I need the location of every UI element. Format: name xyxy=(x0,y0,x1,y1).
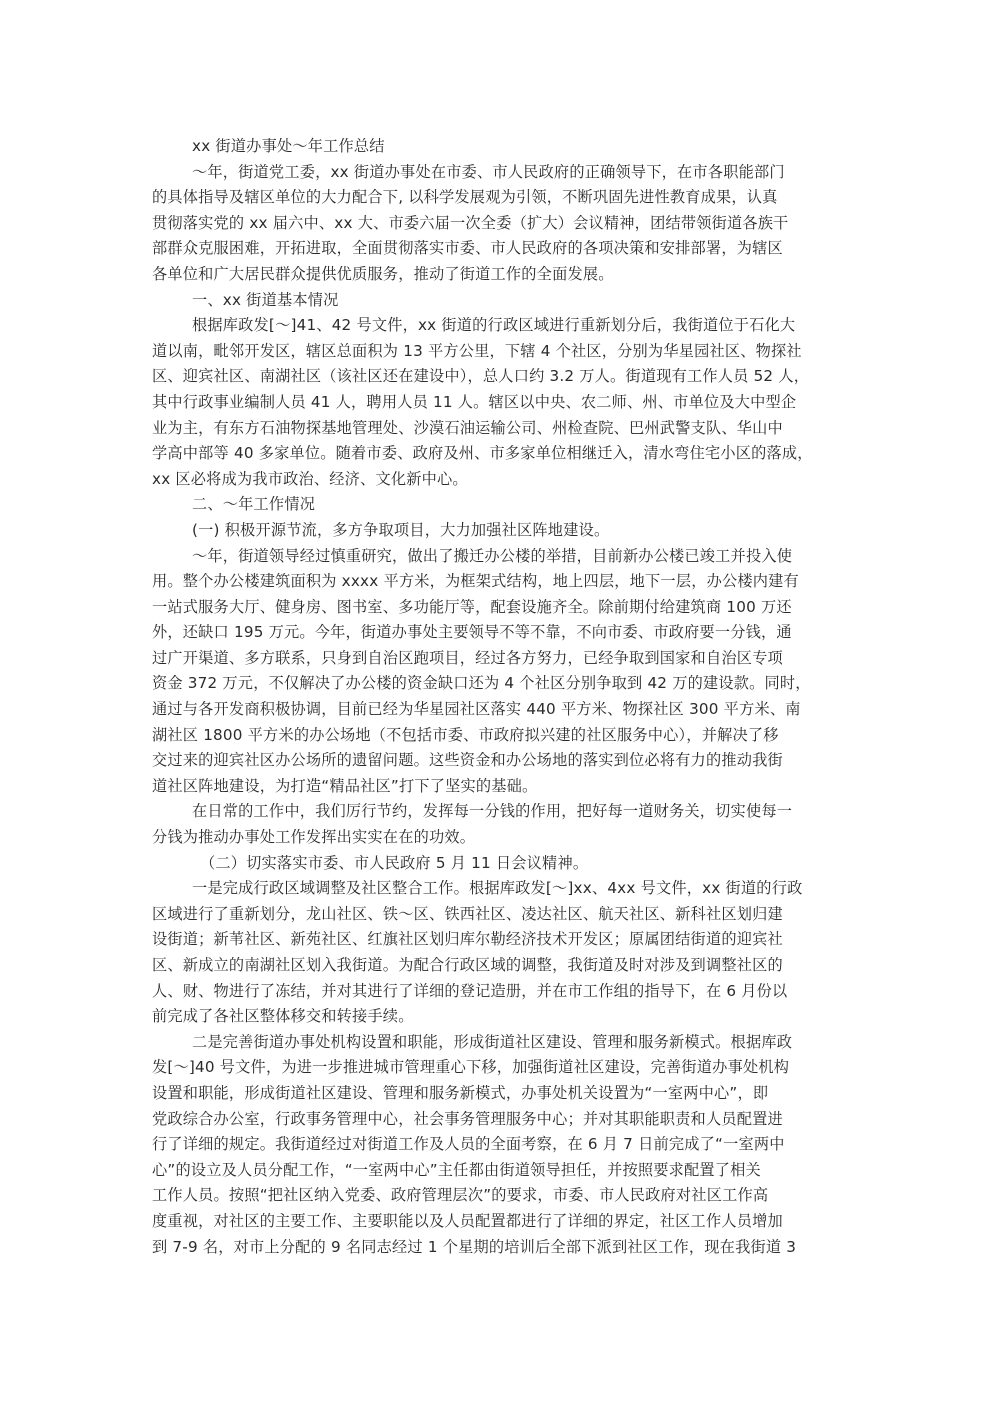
paragraph-basic-info: 根据库政发[～]41、42 号文件，xx 街道的行政区域进行重新划分后，我街道位… xyxy=(152,313,864,492)
text-line: 人、财、物进行了冻结，并对其进行了详细的登记造册，并在市工作组的指导下，在 6 … xyxy=(152,979,864,1005)
document-page: xx 街道办事处～年工作总结 ～年，街道党工委，xx 街道办事处在市委、市人民政… xyxy=(152,134,864,1260)
text-line: 区、新成立的南湖社区划入我街道。为配合行政区域的调整，我街道及时对涉及到调整社区… xyxy=(152,953,864,979)
text-line: 二是完善街道办事处机构设置和职能，形成街道社区建设、管理和服务新模式。根据库政 xyxy=(152,1030,864,1056)
text-line: 发[～]40 号文件，为进一步推进城市管理重心下移，加强街道社区建设，完善街道办… xyxy=(152,1055,864,1081)
text-line: xx 区必将成为我市政治、经济、文化新中心。 xyxy=(152,467,864,493)
paragraph-frugality: 在日常的工作中，我们厉行节约，发挥每一分钱的作用，把好每一道财务关，切实使每一 … xyxy=(152,799,864,850)
section-heading-basic-info: 一、xx 街道基本情况 xyxy=(152,288,864,314)
text-line: 行了详细的规定。我街道经过对街道工作及人员的全面考察，在 6 月 7 日前完成了… xyxy=(152,1132,864,1158)
text-line: 根据库政发[～]41、42 号文件，xx 街道的行政区域进行重新划分后，我街道位… xyxy=(152,313,864,339)
text-line: 用。整个办公楼建筑面积为 xxxx 平方米，为框架式结构，地上四层，地下一层，办… xyxy=(152,569,864,595)
text-line: 过广开渠道、多方联系，只身到自治区跑项目，经过各方努力，已经争取到国家和自治区专… xyxy=(152,646,864,672)
text-line: 道以南，毗邻开发区，辖区总面积为 13 平方公里，下辖 4 个社区，分别为华星园… xyxy=(152,339,864,365)
text-line: 学高中部等 40 多家单位。随着市委、政府及州、市多家单位相继迁入，清水弯住宅小… xyxy=(152,441,864,467)
paragraph-intro: ～年，街道党工委，xx 街道办事处在市委、市人民政府的正确领导下，在市各职能部门… xyxy=(152,160,864,288)
text-line: 设街道；新苇社区、新苑社区、红旗社区划归库尔勒经济技术开发区；原属团结街道的迎宾… xyxy=(152,927,864,953)
text-line: 其中行政事业编制人员 41 人，聘用人员 11 人。辖区以中央、农二师、州、市单… xyxy=(152,390,864,416)
text-line: ～年，街道领导经过慎重研究，做出了搬迁办公楼的举措，目前新办公楼已竣工并投入使 xyxy=(152,544,864,570)
text-line: 业为主，有东方石油物探基地管理处、沙漠石油运输公司、州检查院、巴州武警支队、华山… xyxy=(152,416,864,442)
text-line: 区、迎宾社区、南湖社区（该社区还在建设中），总人口约 3.2 万人。街道现有工作… xyxy=(152,364,864,390)
text-line: 分钱为推动办事处工作发挥出实实在在的功效。 xyxy=(152,825,864,851)
paragraph-region-adjustment: 一是完成行政区域调整及社区整合工作。根据库政发[～]xx、4xx 号文件，xx … xyxy=(152,876,864,1030)
text-line: 贯彻落实党的 xx 届六中、xx 大、市委六届一次全委（扩大）会议精神，团结带领… xyxy=(152,211,864,237)
text-line: 的具体指导及辖区单位的大力配合下, 以科学发展观为引领，不断巩固先进性教育成果，… xyxy=(152,185,864,211)
text-line: 一站式服务大厅、健身房、图书室、多功能厅等，配套设施齐全。除前期付给建筑商 10… xyxy=(152,595,864,621)
text-line: 区域进行了重新划分，龙山社区、铁～区、铁西社区、凌达社区、航天社区、新科社区划归… xyxy=(152,902,864,928)
subsection-heading-1: (一) 积极开源节流，多方争取项目，大力加强社区阵地建设。 xyxy=(152,518,864,544)
text-line: 度重视，对社区的主要工作、主要职能以及人员配置都进行了详细的界定，社区工作人员增… xyxy=(152,1209,864,1235)
subsection-heading-2: （二）切实落实市委、市人民政府 5 月 11 日会议精神。 xyxy=(152,851,864,877)
text-line: 通过与各开发商积极协调，目前已经为华星园社区落实 440 平方米、物探社区 30… xyxy=(152,697,864,723)
section-heading-work-status: 二、～年工作情况 xyxy=(152,492,864,518)
text-line: 交过来的迎宾社区办公场所的遗留问题。这些资金和办公场地的落实到位必将有力的推动我… xyxy=(152,748,864,774)
text-line: 党政综合办公室，行政事务管理中心，社会事务管理服务中心；并对其职能职责和人员配置… xyxy=(152,1107,864,1133)
text-line: 部群众克服困难，开拓进取，全面贯彻落实市委、市人民政府的各项决策和安排部署，为辖… xyxy=(152,236,864,262)
text-line: 各单位和广大居民群众提供优质服务，推动了街道工作的全面发展。 xyxy=(152,262,864,288)
text-line: 工作人员。按照“把社区纳入党委、政府管理层次”的要求，市委、市人民政府对社区工作… xyxy=(152,1183,864,1209)
text-line: 一是完成行政区域调整及社区整合工作。根据库政发[～]xx、4xx 号文件，xx … xyxy=(152,876,864,902)
text-line: 道社区阵地建设，为打造“精品社区”打下了坚实的基础。 xyxy=(152,774,864,800)
text-line: 到 7-9 名，对市上分配的 9 名同志经过 1 个星期的培训后全部下派到社区工… xyxy=(152,1235,864,1261)
text-line: 外，还缺口 195 万元。今年，街道办事处主要领导不等不靠，不向市委、市政府要一… xyxy=(152,620,864,646)
text-line: ～年，街道党工委，xx 街道办事处在市委、市人民政府的正确领导下，在市各职能部门 xyxy=(152,160,864,186)
text-line: 设置和职能，形成街道社区建设、管理和服务新模式，办事处机关设置为“一室两中心”，… xyxy=(152,1081,864,1107)
text-line: 心”的设立及人员分配工作，“一室两中心”主任都由街道领导担任，并按照要求配置了相… xyxy=(152,1158,864,1184)
text-line: 前完成了各社区整体移交和转接手续。 xyxy=(152,1004,864,1030)
text-line: 在日常的工作中，我们厉行节约，发挥每一分钱的作用，把好每一道财务关，切实使每一 xyxy=(152,799,864,825)
text-line: 资金 372 万元，不仅解决了办公楼的资金缺口还为 4 个社区分别争取到 42 … xyxy=(152,671,864,697)
paragraph-office-building: ～年，街道领导经过慎重研究，做出了搬迁办公楼的举措，目前新办公楼已竣工并投入使 … xyxy=(152,544,864,800)
paragraph-organization: 二是完善街道办事处机构设置和职能，形成街道社区建设、管理和服务新模式。根据库政 … xyxy=(152,1030,864,1260)
document-title: xx 街道办事处～年工作总结 xyxy=(152,134,864,160)
text-line: 湖社区 1800 平方米的办公场地（不包括市委、市政府拟兴建的社区服务中心），并… xyxy=(152,723,864,749)
